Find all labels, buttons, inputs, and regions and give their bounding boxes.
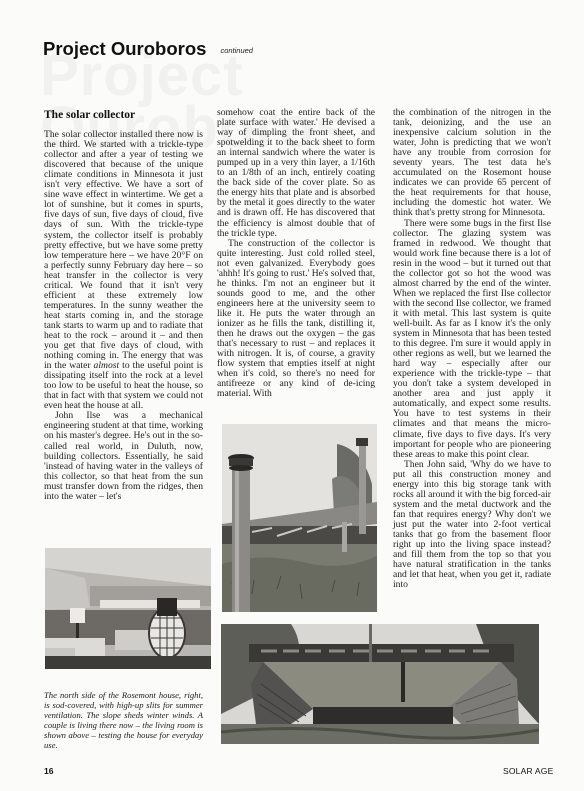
photo-caption: The north side of the Rosemont house, ri… [44,691,203,750]
paragraph: John Ilse was a mechanical engineering s… [44,411,203,501]
page-header: Project Ouroboros continued [43,38,253,60]
page-number: 16 [44,766,53,776]
house-chimney-photo [222,424,377,612]
paragraph: the combination of the nitrogen in the t… [393,108,551,219]
page-title: Project Ouroboros [43,38,206,60]
living-room-photo [45,548,211,669]
section-heading: The solar collector [44,110,203,120]
living-room-image-icon [45,548,211,669]
paragraph: somehow coat the entire back of the plat… [217,108,375,239]
article-column-1: The solar collector The solar collector … [44,110,203,502]
article-column-2: somehow coat the entire back of the plat… [217,108,375,399]
continued-label: continued [220,46,253,55]
paragraph: Then John said, 'Why do we have to put a… [393,460,551,591]
paragraph: The solar collector installed there now … [44,130,203,411]
article-column-3: the combination of the nitrogen in the t… [393,108,551,590]
chimney-image-icon [222,424,377,612]
sod-house-image-icon [221,624,539,744]
paragraph: There were some bugs in the first Ilse c… [393,219,551,460]
magazine-name: SOLAR AGE [503,766,553,776]
sod-covered-house-photo [221,624,539,744]
paragraph: The construction of the collector is qui… [217,239,375,400]
